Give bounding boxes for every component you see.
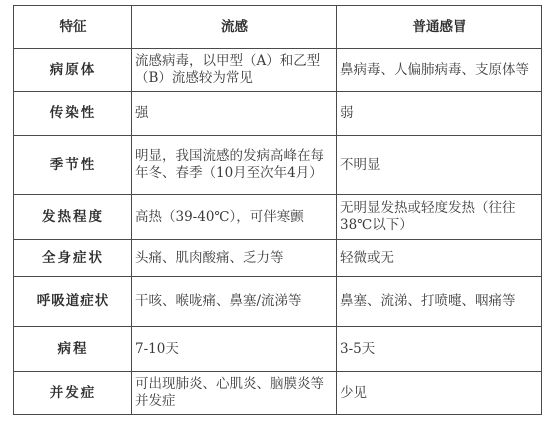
cold-cell: 弱 bbox=[337, 92, 542, 136]
header-flu: 流感 bbox=[132, 6, 337, 49]
cold-cell: 不明显 bbox=[337, 136, 542, 195]
cold-cell: 无明显发热或轻度发热（往往38℃以下） bbox=[337, 195, 542, 240]
table-row-systemic-symptoms: 全身症状 头痛、肌肉酸痛、乏力等 轻微或无 bbox=[14, 240, 542, 277]
table-row-fever: 发热程度 高热（39-40℃），可伴寒颤 无明显发热或轻度发热（往往38℃以下） bbox=[14, 195, 542, 240]
flu-cell: 头痛、肌肉酸痛、乏力等 bbox=[132, 240, 337, 277]
header-feature: 特征 bbox=[14, 6, 132, 49]
flu-cell: 高热（39-40℃），可伴寒颤 bbox=[132, 195, 337, 240]
table-row-respiratory-symptoms: 呼吸道症状 干咳、喉咙痛、鼻塞/流涕等 鼻塞、流涕、打喷嚏、咽痛等 bbox=[14, 277, 542, 327]
flu-cell: 7-10天 bbox=[132, 327, 337, 372]
table-row-contagiousness: 传染性 强 弱 bbox=[14, 92, 542, 136]
row-label: 传染性 bbox=[14, 92, 132, 136]
table-row-complications: 并发症 可出现肺炎、心肌炎、脑膜炎等并发症 少见 bbox=[14, 372, 542, 415]
flu-cell: 干咳、喉咙痛、鼻塞/流涕等 bbox=[132, 277, 337, 327]
cold-cell: 少见 bbox=[337, 372, 542, 415]
flu-cell: 流感病毒，以甲型（A）和乙型（B）流感较为常见 bbox=[132, 49, 337, 92]
table-row-pathogen: 病原体 流感病毒，以甲型（A）和乙型（B）流感较为常见 鼻病毒、人偏肺病毒、支原… bbox=[14, 49, 542, 92]
table-row-duration: 病程 7-10天 3-5天 bbox=[14, 327, 542, 372]
cold-cell: 鼻病毒、人偏肺病毒、支原体等 bbox=[337, 49, 542, 92]
table-row-seasonality: 季节性 明显，我国流感的发病高峰在每年冬、春季（10月至次年4月） 不明显 bbox=[14, 136, 542, 195]
row-label: 呼吸道症状 bbox=[14, 277, 132, 327]
row-label: 病原体 bbox=[14, 49, 132, 92]
cold-cell: 鼻塞、流涕、打喷嚏、咽痛等 bbox=[337, 277, 542, 327]
row-label: 发热程度 bbox=[14, 195, 132, 240]
flu-cell: 明显，我国流感的发病高峰在每年冬、春季（10月至次年4月） bbox=[132, 136, 337, 195]
header-common-cold: 普通感冒 bbox=[337, 6, 542, 49]
flu-cell: 强 bbox=[132, 92, 337, 136]
cold-cell: 轻微或无 bbox=[337, 240, 542, 277]
flu-cell: 可出现肺炎、心肌炎、脑膜炎等并发症 bbox=[132, 372, 337, 415]
cold-cell: 3-5天 bbox=[337, 327, 542, 372]
header-row: 特征 流感 普通感冒 bbox=[14, 6, 542, 49]
flu-vs-cold-comparison-table: 特征 流感 普通感冒 病原体 流感病毒，以甲型（A）和乙型（B）流感较为常见 鼻… bbox=[13, 5, 541, 415]
comparison-table: 特征 流感 普通感冒 病原体 流感病毒，以甲型（A）和乙型（B）流感较为常见 鼻… bbox=[13, 5, 542, 415]
row-label: 病程 bbox=[14, 327, 132, 372]
row-label: 并发症 bbox=[14, 372, 132, 415]
row-label: 全身症状 bbox=[14, 240, 132, 277]
row-label: 季节性 bbox=[14, 136, 132, 195]
